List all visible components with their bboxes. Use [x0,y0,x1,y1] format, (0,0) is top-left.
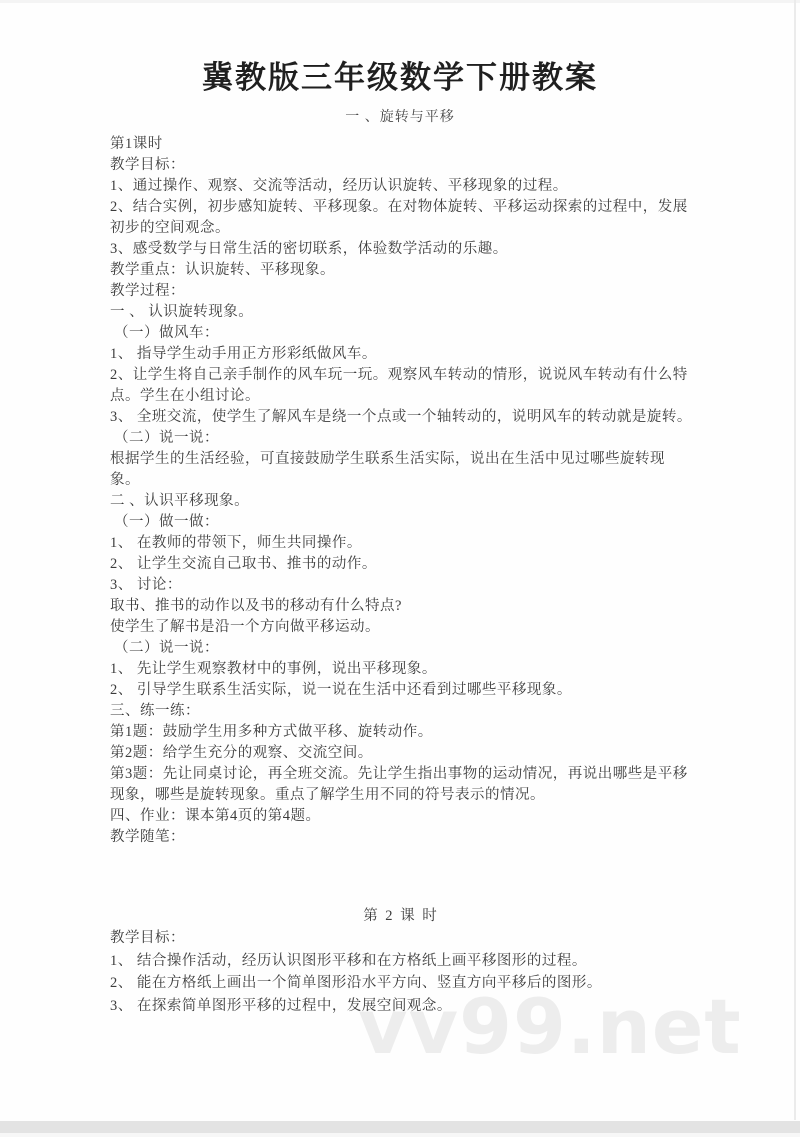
paragraph: 3、 在探索简单图形平移的过程中，发展空间观念。 [110,995,692,1018]
paragraph: （二）说一说： [110,638,692,659]
paragraph: 取书、推书的动作以及书的移动有什么特点? [110,596,692,617]
lesson2-heading: 第 2 课 时 [110,906,692,927]
document-page: vv99.net 冀教版三年级数学下册教案 一 、旋转与平移 第1课时 教学目标… [0,0,800,1137]
page-top-edge [0,0,800,3]
paragraph: 四、作业：课本第4页的第4题。 [110,806,692,827]
paragraph: 2、结合实例，初步感知旋转、平移现象。在对物体旋转、平移运动探索的过程中，发展初… [110,197,692,239]
lesson1-section: 第1课时 教学目标： 1、通过操作、观察、交流等活动，经历认识旋转、平移现象的过… [110,134,692,848]
paragraph: 教学重点：认识旋转、平移现象。 [110,260,692,281]
paragraph: 1、通过操作、观察、交流等活动，经历认识旋转、平移现象的过程。 [110,176,692,197]
paragraph: 2、让学生将自己亲手制作的风车玩一玩。观察风车转动的情形，说说风车转动有什么特点… [110,365,692,407]
paragraph: （一）做一做： [110,512,692,533]
lesson2-section: 第 2 课 时 教学目标： 1、 结合操作活动，经历认识图形平移和在方格纸上画平… [110,906,692,1017]
paragraph: 三、练一练： [110,701,692,722]
page-subtitle: 一 、旋转与平移 [0,106,800,126]
paragraph: 3、 讨论： [110,575,692,596]
paragraph: 第1题：鼓励学生用多种方式做平移、旋转动作。 [110,722,692,743]
page-title: 冀教版三年级数学下册教案 [0,52,800,97]
lesson1-heading: 第1课时 [110,134,692,155]
paragraph: 教学随笔： [110,827,692,848]
paragraph: 教学过程： [110,281,692,302]
paragraph: 使学生了解书是沿一个方向做平移运动。 [110,617,692,638]
paragraph: 3、感受数学与日常生活的密切联系，体验数学活动的乐趣。 [110,239,692,260]
paragraph: （一）做风车： [110,323,692,344]
paragraph: 1、 先让学生观察教材中的事例，说出平移现象。 [110,659,692,680]
page-bottom-margin [0,1133,800,1137]
paragraph: 1、 指导学生动手用正方形彩纸做风车。 [110,344,692,365]
paragraph: 根据学生的生活经验，可直接鼓励学生联系生活实际，说出在生活中见过哪些旋转现象。 [110,449,692,491]
paragraph: （二）说一说： [110,428,692,449]
paragraph: 2、 让学生交流自己取书、推书的动作。 [110,554,692,575]
paragraph: 1、 结合操作活动，经历认识图形平移和在方格纸上画平移图形的过程。 [110,950,692,973]
paragraph: 二 、认识平移现象。 [110,491,692,512]
paragraph: 第3题：先让同桌讨论，再全班交流。先让学生指出事物的运动情况，再说出哪些是平移现… [110,764,692,806]
paragraph: 第2题：给学生充分的观察、交流空间。 [110,743,692,764]
page-right-edge [794,0,796,1120]
page-bottom-edge-bar [0,1121,800,1133]
paragraph: 2、 引导学生联系生活实际，说一说在生活中还看到过哪些平移现象。 [110,680,692,701]
lesson2-body: 教学目标： 1、 结合操作活动，经历认识图形平移和在方格纸上画平移图形的过程。 … [110,927,692,1017]
paragraph: 教学目标： [110,155,692,176]
paragraph: 一 、 认识旋转现象。 [110,302,692,323]
paragraph: 1、 在教师的带领下，师生共同操作。 [110,533,692,554]
paragraph: 2、 能在方格纸上画出一个简单图形沿水平方向、竖直方向平移后的图形。 [110,972,692,995]
paragraph: 3、 全班交流，使学生了解风车是绕一个点或一个轴转动的，说明风车的转动就是旋转。 [110,407,692,428]
paragraph: 教学目标： [110,927,692,950]
